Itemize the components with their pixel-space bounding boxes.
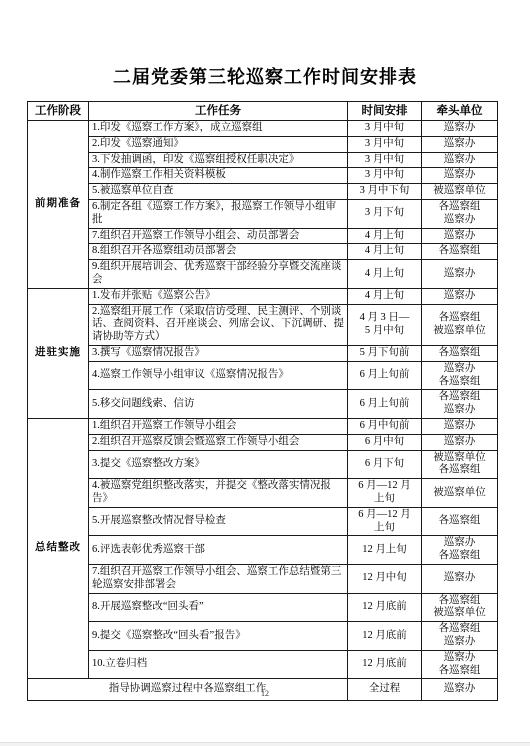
unit-cell: 巡察办	[422, 228, 498, 244]
table-row: 3.撰写《巡察情况报告》5 月下旬前各巡察组	[28, 345, 498, 361]
unit-cell: 巡察办	[422, 136, 498, 152]
table-row: 7.组织召开巡察工作领导小组会、巡察工作总结暨第三轮巡察安排部署会12 月中旬巡…	[28, 564, 498, 593]
table-row: 前期准备1.印发《巡察工作方案》，成立巡察组3 月中旬巡察办	[28, 121, 498, 137]
time-cell: 6 月—12 月 上旬	[348, 507, 422, 536]
task-cell: 4.制作巡察工作相关资料模板	[89, 168, 348, 184]
table-row: 4.巡察工作领导小组审议《巡察情况报告》6 月上旬前巡察办 各巡察组	[28, 361, 498, 390]
unit-cell: 各巡察组	[422, 507, 498, 536]
task-cell: 7.组织召开巡察工作领导小组会、动员部署会	[89, 228, 348, 244]
unit-cell: 被巡察单位	[422, 184, 498, 200]
task-cell: 2.巡察组开展工作（采取信访受理、民主测评、个别谈话、查阅资料、召开座谈会、列席…	[89, 304, 348, 345]
table-row: 5.被巡察单位自查3 月中下旬被巡察单位	[28, 184, 498, 200]
table-row: 8.组织召开各巡察组动员部署会4 月上旬各巡察组	[28, 244, 498, 260]
table-row: 总结整改1.组织召开巡察工作领导小组会6 月中旬前巡察办	[28, 418, 498, 434]
unit-cell: 巡察办 各巡察组	[422, 650, 498, 679]
task-cell: 8.组织召开各巡察组动员部署会	[89, 244, 348, 260]
table-header-row: 工作阶段 工作任务 时间安排 牵头单位	[28, 102, 498, 121]
time-cell: 5 月下旬前	[348, 345, 422, 361]
task-cell: 6.评选表彰优秀巡察干部	[89, 536, 348, 565]
header-work-phase: 工作阶段	[28, 102, 89, 121]
time-cell: 6 月上旬前	[348, 390, 422, 419]
table-row: 7.组织召开巡察工作领导小组会、动员部署会4 月上旬巡察办	[28, 228, 498, 244]
unit-cell: 各巡察组 巡察办	[422, 200, 498, 229]
page-bottom-edge	[0, 742, 530, 746]
task-cell: 1.发布并张贴《巡察公告》	[89, 288, 348, 304]
unit-cell: 被巡察单位	[422, 479, 498, 508]
task-cell: 1.组织召开巡察工作领导小组会	[89, 418, 348, 434]
task-cell: 4.巡察工作领导小组审议《巡察情况报告》	[89, 361, 348, 390]
unit-cell: 巡察办	[422, 152, 498, 168]
task-cell: 5.移交问题线索、信访	[89, 390, 348, 419]
time-cell: 4 月 3 日— 5 月中旬	[348, 304, 422, 345]
table-row: 2.组织召开巡察反馈会暨巡察工作领导小组会6 月中旬巡察办	[28, 434, 498, 450]
task-cell: 6.制定各组《巡察工作方案》，报巡察工作领导小组审批	[89, 200, 348, 229]
task-cell: 9.组织开展培训会、优秀巡察干部经验分享暨交流座谈会	[89, 260, 348, 289]
table-row: 3.下发抽调函，印发《巡察组授权任职决定》3 月中旬巡察办	[28, 152, 498, 168]
schedule-table: 工作阶段 工作任务 时间安排 牵头单位 前期准备1.印发《巡察工作方案》，成立巡…	[27, 101, 498, 701]
phase-cell: 进驻实施	[28, 288, 89, 418]
table-row: 10.立卷归档12 月底前巡察办 各巡察组	[28, 650, 498, 679]
time-cell: 12 月底前	[348, 622, 422, 651]
header-lead-unit: 牵头单位	[422, 102, 498, 121]
unit-cell: 各巡察组	[422, 244, 498, 260]
unit-cell: 巡察办	[422, 564, 498, 593]
task-cell: 3.撰写《巡察情况报告》	[89, 345, 348, 361]
page-title: 二届党委第三轮巡察工作时间安排表	[0, 63, 530, 89]
task-cell: 5.开展巡察整改情况督导检查	[89, 507, 348, 536]
time-cell: 12 月上旬	[348, 536, 422, 565]
time-cell: 6 月中旬前	[348, 418, 422, 434]
unit-cell: 各巡察组	[422, 345, 498, 361]
phase-cell: 总结整改	[28, 418, 89, 678]
time-cell: 3 月中旬	[348, 136, 422, 152]
time-cell: 12 月底前	[348, 593, 422, 622]
unit-cell: 被巡察单位 各巡察组	[422, 450, 498, 479]
document-page: 二届党委第三轮巡察工作时间安排表 工作阶段 工作任务 时间安排 牵头单位 前期准…	[0, 0, 530, 746]
header-work-task: 工作任务	[89, 102, 348, 121]
task-cell: 2.组织召开巡察反馈会暨巡察工作领导小组会	[89, 434, 348, 450]
unit-cell: 巡察办 各巡察组	[422, 536, 498, 565]
task-cell: 3.下发抽调函，印发《巡察组授权任职决定》	[89, 152, 348, 168]
unit-cell: 巡察办	[422, 434, 498, 450]
task-cell: 3.提交《巡察整改方案》	[89, 450, 348, 479]
table-row: 6.制定各组《巡察工作方案》，报巡察工作领导小组审批3 月下旬各巡察组 巡察办	[28, 200, 498, 229]
schedule-table-body: 前期准备1.印发《巡察工作方案》，成立巡察组3 月中旬巡察办2.印发《巡察通知》…	[28, 121, 498, 701]
unit-cell: 各巡察组 被巡察单位	[422, 593, 498, 622]
time-cell: 6 月下旬	[348, 450, 422, 479]
time-cell: 3 月下旬	[348, 200, 422, 229]
unit-cell: 巡察办 各巡察组	[422, 361, 498, 390]
task-cell: 1.印发《巡察工作方案》，成立巡察组	[89, 121, 348, 137]
table-row: 4.制作巡察工作相关资料模板3 月中旬巡察办	[28, 168, 498, 184]
time-cell: 6 月—12 月 上旬	[348, 479, 422, 508]
table-row: 5.移交问题线索、信访6 月上旬前各巡察组 巡察办	[28, 390, 498, 419]
unit-cell: 各巡察组 巡察办	[422, 390, 498, 419]
phase-cell: 前期准备	[28, 121, 89, 289]
page-number: 12	[0, 689, 530, 698]
time-cell: 12 月底前	[348, 650, 422, 679]
time-cell: 3 月中下旬	[348, 184, 422, 200]
task-cell: 9.提交《巡察整改“回头看”报告》	[89, 622, 348, 651]
table-row: 9.组织开展培训会、优秀巡察干部经验分享暨交流座谈会4 月上旬巡察办	[28, 260, 498, 289]
table-row: 8.开展巡察整改“回头看”12 月底前各巡察组 被巡察单位	[28, 593, 498, 622]
unit-cell: 各巡察组 被巡察单位	[422, 304, 498, 345]
unit-cell: 巡察办	[422, 168, 498, 184]
table-row: 6.评选表彰优秀巡察干部12 月上旬巡察办 各巡察组	[28, 536, 498, 565]
table-row: 9.提交《巡察整改“回头看”报告》12 月底前各巡察组 巡察办	[28, 622, 498, 651]
table-row: 进驻实施1.发布并张贴《巡察公告》4 月上旬巡察办	[28, 288, 498, 304]
task-cell: 10.立卷归档	[89, 650, 348, 679]
unit-cell: 巡察办	[422, 418, 498, 434]
time-cell: 3 月中旬	[348, 152, 422, 168]
table-row: 5.开展巡察整改情况督导检查6 月—12 月 上旬各巡察组	[28, 507, 498, 536]
time-cell: 3 月中旬	[348, 121, 422, 137]
task-cell: 2.印发《巡察通知》	[89, 136, 348, 152]
unit-cell: 巡察办	[422, 260, 498, 289]
time-cell: 3 月中旬	[348, 168, 422, 184]
time-cell: 4 月上旬	[348, 288, 422, 304]
time-cell: 12 月中旬	[348, 564, 422, 593]
unit-cell: 巡察办	[422, 121, 498, 137]
time-cell: 4 月上旬	[348, 260, 422, 289]
header-time-arrangement: 时间安排	[348, 102, 422, 121]
unit-cell: 各巡察组 巡察办	[422, 622, 498, 651]
table-row: 4.被巡察党组织整改落实，并提交《整改落实情况报告》6 月—12 月 上旬被巡察…	[28, 479, 498, 508]
task-cell: 7.组织召开巡察工作领导小组会、巡察工作总结暨第三轮巡察安排部署会	[89, 564, 348, 593]
table-row: 2.印发《巡察通知》3 月中旬巡察办	[28, 136, 498, 152]
table-row: 2.巡察组开展工作（采取信访受理、民主测评、个别谈话、查阅资料、召开座谈会、列席…	[28, 304, 498, 345]
task-cell: 8.开展巡察整改“回头看”	[89, 593, 348, 622]
task-cell: 4.被巡察党组织整改落实，并提交《整改落实情况报告》	[89, 479, 348, 508]
table-row: 3.提交《巡察整改方案》6 月下旬被巡察单位 各巡察组	[28, 450, 498, 479]
unit-cell: 巡察办	[422, 288, 498, 304]
time-cell: 6 月中旬	[348, 434, 422, 450]
time-cell: 4 月上旬	[348, 244, 422, 260]
task-cell: 5.被巡察单位自查	[89, 184, 348, 200]
time-cell: 4 月上旬	[348, 228, 422, 244]
time-cell: 6 月上旬前	[348, 361, 422, 390]
